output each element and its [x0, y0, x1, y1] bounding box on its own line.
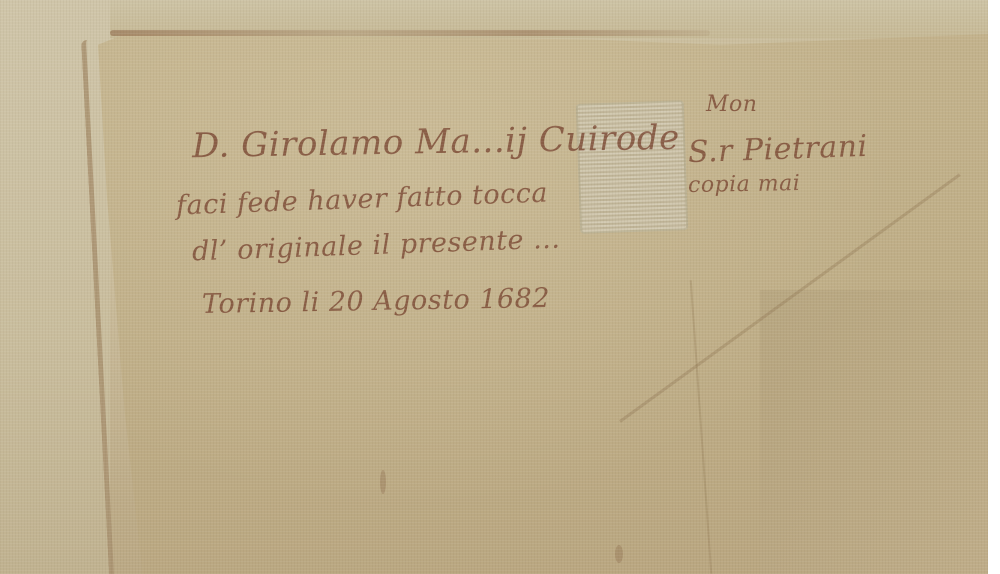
stain-mark — [615, 545, 623, 563]
stain-mark — [380, 470, 386, 494]
linen-cloth-photo: D. Girolamo Ma...ij Cuirode Mon S.r Piet… — [0, 0, 988, 574]
inscription-line-2-right: copia mai — [688, 171, 801, 198]
inscription-line-1-right: S.r Pietrani — [687, 129, 868, 170]
frayed-top-edge — [110, 30, 710, 36]
inscription-line-1: D. Girolamo Ma...ij Cuirode — [192, 118, 680, 167]
inscription-line-4-date: Torino li 20 Agosto 1682 — [202, 283, 551, 320]
fold-shadow — [760, 290, 988, 574]
inscription-line-1-superscript: Mon — [706, 92, 757, 117]
